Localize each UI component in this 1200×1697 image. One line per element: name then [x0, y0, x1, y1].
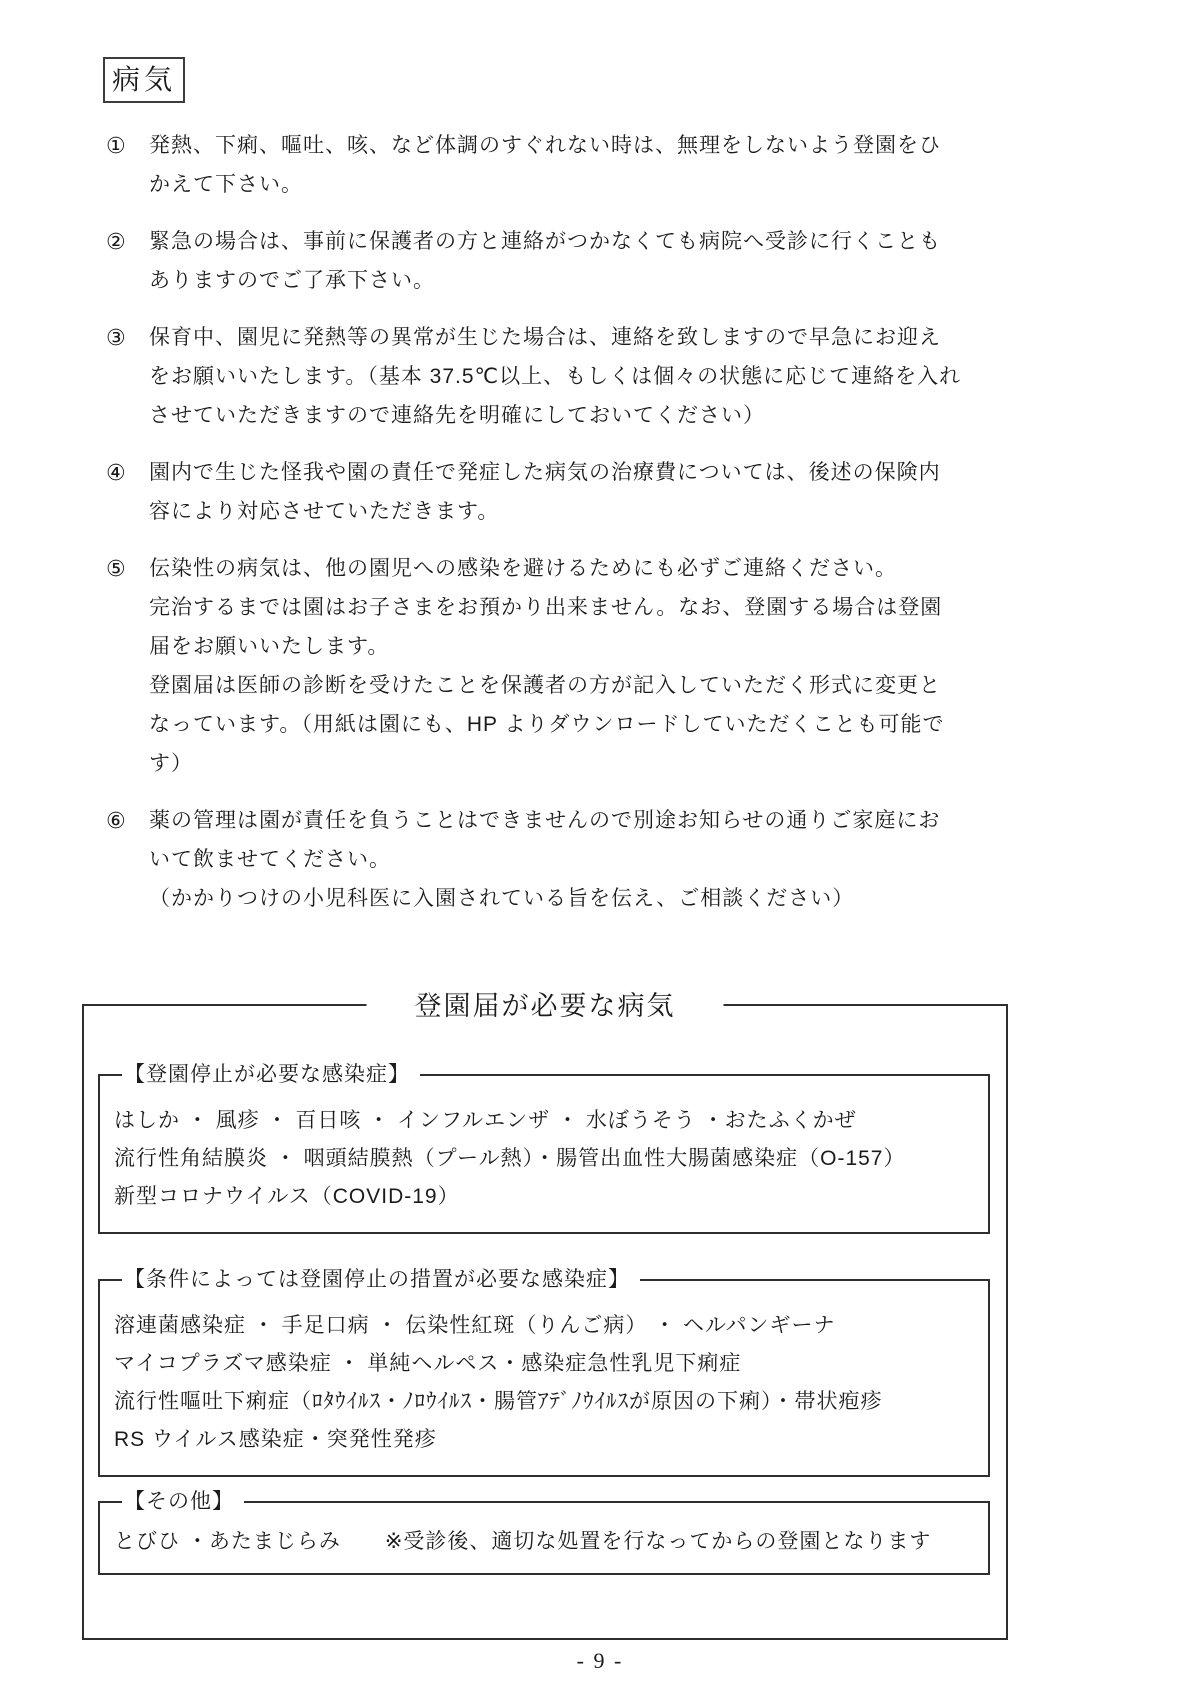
page-number: - 9 - [0, 1648, 1200, 1674]
item-text: 薬の管理は園が責任を負うことはできませんので別途お知らせの通りご家庭にお いて飲… [149, 801, 1006, 918]
item-text-line: 容により対応させていただきます。 [149, 492, 1006, 531]
item-number: ③ [106, 318, 149, 435]
section-conditional-stop: 【条件によっては登園停止の措置が必要な感染症】 溶連菌感染症 ・ 手足口病 ・ … [98, 1279, 990, 1477]
item-text-line: （かかりつけの小児科医に入園されている旨を伝え、ご相談ください） [149, 879, 1006, 918]
item-number: ④ [106, 453, 149, 531]
list-item: ④ 園内で生じた怪我や園の責任で発症した病気の治療費については、後述の保険内 容… [106, 453, 1006, 531]
illness-rules-list: ① 発熱、下痢、嘔吐、咳、など体調のすぐれない時は、無理をしないよう登園をひ か… [106, 126, 1006, 936]
disease-line: とびひ ・あたまじらみ ※受診後、適切な処置を行なってからの登園となります [114, 1523, 978, 1561]
notifiable-diseases-box-title: 登園届が必要な病気 [367, 984, 724, 1023]
item-number: ② [106, 222, 149, 300]
disease-line: 流行性嘔吐下痢症（ﾛﾀｳｲﾙｽ・ﾉﾛｳｲﾙｽ・腸管ｱﾃﾞﾉｳｲﾙｽが原因の下痢）… [114, 1383, 978, 1421]
section-other: 【その他】 とびひ ・あたまじらみ ※受診後、適切な処置を行なってからの登園とな… [98, 1501, 990, 1575]
section-label: 【その他】 [122, 1489, 244, 1515]
item-text: 保育中、園児に発熱等の異常が生じた場合は、連絡を致しますので早急にお迎え をお願… [149, 318, 1006, 435]
item-text-line: す） [149, 744, 1006, 783]
item-text: 伝染性の病気は、他の園児への感染を避けるためにも必ずご連絡ください。 完治するま… [149, 549, 1006, 783]
item-text-line: させていただきますので連絡先を明確にしておいてください） [149, 396, 1006, 435]
section-label: 【登園停止が必要な感染症】 [122, 1062, 420, 1088]
disease-line: 流行性角結膜炎 ・ 咽頭結膜熱（プール熱）・腸管出血性大腸菌感染症（O-157） [114, 1140, 978, 1178]
list-item: ① 発熱、下痢、嘔吐、咳、など体調のすぐれない時は、無理をしないよう登園をひ か… [106, 126, 1006, 204]
item-text-line: ありますのでご了承下さい。 [149, 261, 1006, 300]
item-text-line: 完治するまでは園はお子さまをお預かり出来ません。なお、登園する場合は登園 [149, 588, 1006, 627]
item-text-line: 園内で生じた怪我や園の責任で発症した病気の治療費については、後述の保険内 [149, 453, 1006, 492]
disease-line: はしか ・ 風疹 ・ 百日咳 ・ インフルエンザ ・ 水ぼうそう ・おたふくかぜ [114, 1102, 978, 1140]
item-text-line: 届をお願いいたします。 [149, 627, 1006, 666]
disease-line: マイコプラズマ感染症 ・ 単純ヘルペス・感染症急性乳児下痢症 [114, 1345, 978, 1383]
disease-line: 溶連菌感染症 ・ 手足口病 ・ 伝染性紅斑（りんご病） ・ ヘルパンギーナ [114, 1307, 978, 1345]
notifiable-diseases-box: 登園届が必要な病気 【登園停止が必要な感染症】 はしか ・ 風疹 ・ 百日咳 ・… [82, 1004, 1008, 1640]
item-text-line: をお願いいたします。（基本 37.5℃以上、もしくは個々の状態に応じて連絡を入れ [149, 357, 1006, 396]
list-item: ⑤ 伝染性の病気は、他の園児への感染を避けるためにも必ずご連絡ください。 完治す… [106, 549, 1006, 783]
item-text-line: 発熱、下痢、嘔吐、咳、など体調のすぐれない時は、無理をしないよう登園をひ [149, 126, 1006, 165]
item-text-line: 薬の管理は園が責任を負うことはできませんので別途お知らせの通りご家庭にお [149, 801, 1006, 840]
document-page: 病気 ① 発熱、下痢、嘔吐、咳、など体調のすぐれない時は、無理をしないよう登園を… [0, 0, 1200, 1697]
disease-line: RS ウイルス感染症・突発性発疹 [114, 1421, 978, 1459]
item-text-line: 保育中、園児に発熱等の異常が生じた場合は、連絡を致しますので早急にお迎え [149, 318, 1006, 357]
item-text-line: 伝染性の病気は、他の園児への感染を避けるためにも必ずご連絡ください。 [149, 549, 1006, 588]
list-item: ③ 保育中、園児に発熱等の異常が生じた場合は、連絡を致しますので早急にお迎え を… [106, 318, 1006, 435]
item-number: ⑤ [106, 549, 149, 783]
disease-line: 新型コロナウイルス（COVID-19） [114, 1178, 978, 1216]
item-number: ① [106, 126, 149, 204]
section-attendance-stop-required: 【登園停止が必要な感染症】 はしか ・ 風疹 ・ 百日咳 ・ インフルエンザ ・… [98, 1074, 990, 1234]
list-item: ② 緊急の場合は、事前に保護者の方と連絡がつかなくても病院へ受診に行くことも あ… [106, 222, 1006, 300]
section-label: 【条件によっては登園停止の措置が必要な感染症】 [122, 1267, 640, 1293]
item-number: ⑥ [106, 801, 149, 918]
item-text: 緊急の場合は、事前に保護者の方と連絡がつかなくても病院へ受診に行くことも ありま… [149, 222, 1006, 300]
list-item: ⑥ 薬の管理は園が責任を負うことはできませんので別途お知らせの通りご家庭にお い… [106, 801, 1006, 918]
item-text-line: 登園届は医師の診断を受けたことを保護者の方が記入していただく形式に変更と [149, 666, 1006, 705]
item-text-line: なっています。（用紙は園にも、HP よりダウンロードしていただくことも可能で [149, 705, 1006, 744]
item-text: 園内で生じた怪我や園の責任で発症した病気の治療費については、後述の保険内 容によ… [149, 453, 1006, 531]
section-content: はしか ・ 風疹 ・ 百日咳 ・ インフルエンザ ・ 水ぼうそう ・おたふくかぜ… [100, 1076, 988, 1232]
page-title: 病気 [103, 57, 185, 103]
section-content: 溶連菌感染症 ・ 手足口病 ・ 伝染性紅斑（りんご病） ・ ヘルパンギーナ マイ… [100, 1281, 988, 1475]
item-text-line: 緊急の場合は、事前に保護者の方と連絡がつかなくても病院へ受診に行くことも [149, 222, 1006, 261]
item-text-line: かえて下さい。 [149, 165, 1006, 204]
item-text-line: いて飲ませてください。 [149, 840, 1006, 879]
item-text: 発熱、下痢、嘔吐、咳、など体調のすぐれない時は、無理をしないよう登園をひ かえて… [149, 126, 1006, 204]
